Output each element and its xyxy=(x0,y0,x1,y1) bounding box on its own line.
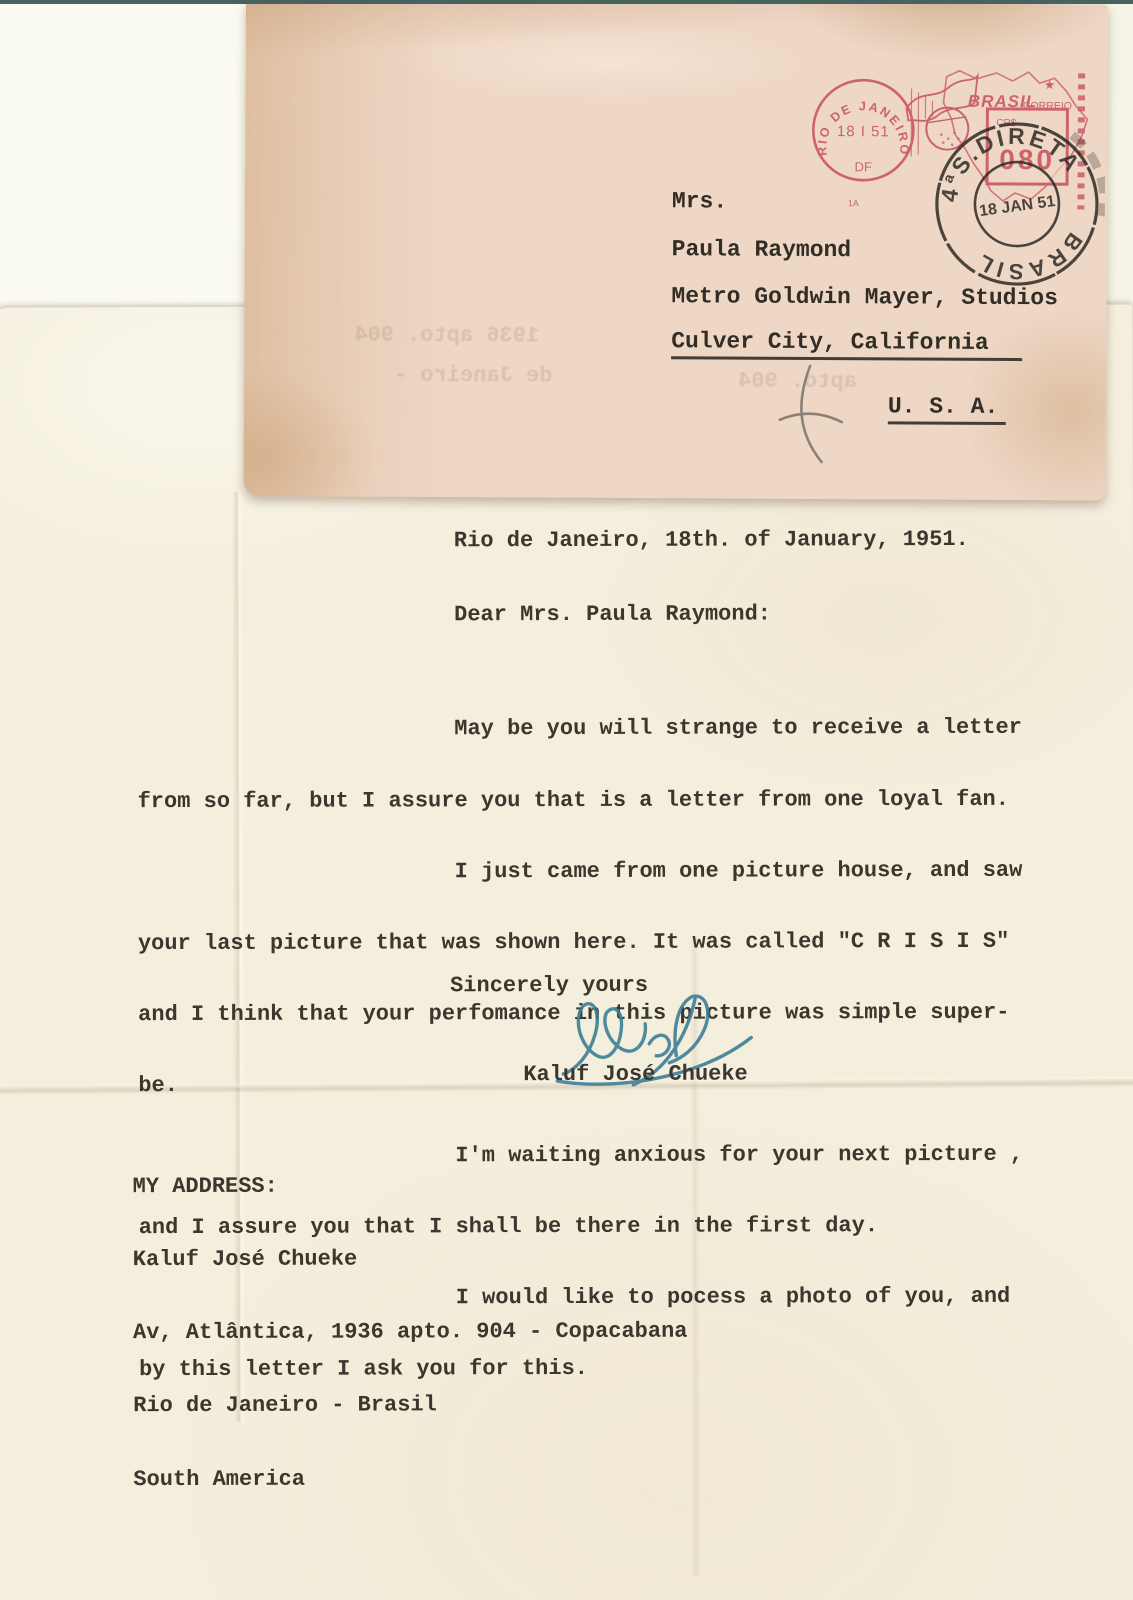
meter-service: CORREIO xyxy=(1023,100,1072,112)
postmark: 4ªS.DIRETA BRASIL 18 JAN 51 xyxy=(928,116,1105,293)
recipient-line: Mrs. xyxy=(672,188,727,214)
letter-dateline: Rio de Janeiro, 18th. of January, 1951. xyxy=(454,527,969,553)
sender-address-block: MY ADDRESS: Kaluf José Chueke Av, Atlânt… xyxy=(132,1125,688,1541)
letter-body-line: your last picture that was shown here. I… xyxy=(138,930,1023,956)
recipient-line: Metro Goldwin Mayer, Studios xyxy=(671,283,1058,311)
recipient-line-underlined: Culver City, California xyxy=(671,328,1023,356)
envelope: 1936 apto. 904 de Janeiro - apto. 904 xyxy=(243,0,1108,501)
postmark-arc-bottom: BRASIL xyxy=(966,223,1094,292)
postmark-date: 18 JAN 51 xyxy=(978,193,1056,220)
recipient-city: Culver City, California xyxy=(671,328,1023,361)
recipient-country: U. S. A. xyxy=(888,393,1007,425)
letter-body-line: from so far, but I assure you that is a … xyxy=(138,787,1023,813)
pencil-x-mark xyxy=(768,358,869,469)
sender-address-line: MY ADDRESS: xyxy=(133,1173,688,1199)
scanned-fan-letter-scene: Rio de Janeiro, 18th. of January, 1951. … xyxy=(0,0,1133,1600)
pencil-strokes xyxy=(780,366,843,462)
sender-address-line: Av, Atlântica, 1936 apto. 904 - Copacaba… xyxy=(133,1320,688,1346)
ghost-bleedthrough-text: 1936 apto. 904 xyxy=(354,323,539,349)
meter-date: 18 I 51 xyxy=(837,123,890,140)
ghost-bleedthrough-text: de Janeiro - xyxy=(394,363,553,389)
sender-address-line: South America xyxy=(133,1466,688,1492)
meter-small-mark: 1A xyxy=(848,198,859,208)
letter-salutation: Dear Mrs. Paula Raymond: xyxy=(454,601,771,627)
letter-body-line: I just came from one picture house, and … xyxy=(138,858,1023,884)
recipient-line: Paula Raymond xyxy=(672,236,852,263)
letter-typed-name: Kaluf José Chueke xyxy=(523,1062,748,1088)
star-icon: ★ xyxy=(1044,77,1056,92)
letter-body-line: May be you will strange to receive a let… xyxy=(137,716,1022,742)
scan-edge-strip xyxy=(0,0,1133,4)
sender-address-line: Kaluf José Chueke xyxy=(133,1247,688,1273)
sender-address-line: Rio de Janeiro - Brasil xyxy=(133,1393,688,1419)
meter-district: DF xyxy=(854,159,871,174)
svg-text:BRASIL: BRASIL xyxy=(966,223,1094,292)
scanner-background xyxy=(0,0,250,320)
postmark-art: 4ªS.DIRETA BRASIL 18 JAN 51 xyxy=(928,116,1105,293)
recipient-country-underlined: U. S. A. xyxy=(888,393,1007,420)
